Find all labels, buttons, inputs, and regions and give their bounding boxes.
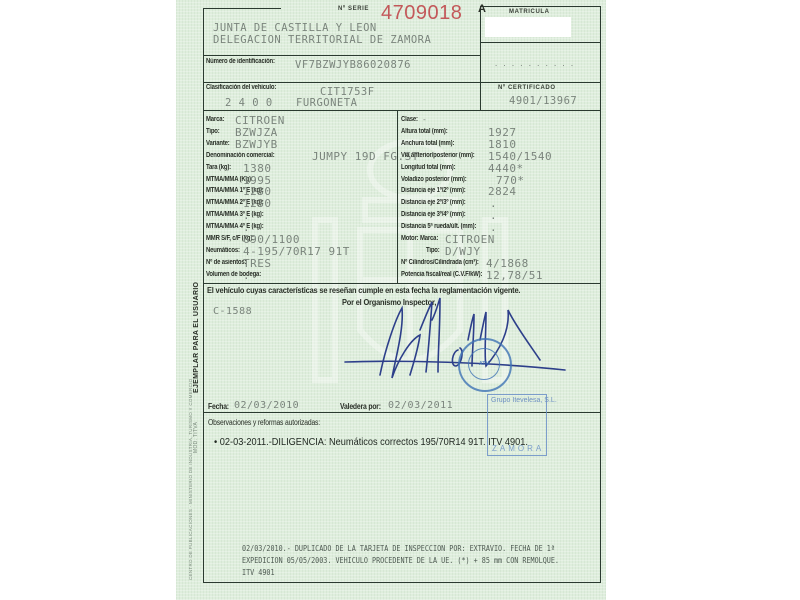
copy-label: EJEMPLAR PARA EL USUARIO [193, 282, 200, 393]
field-label: Motor: Marca: [401, 235, 438, 242]
issuer-line2: DELEGACION TERRITORIAL DE ZAMORA [213, 34, 431, 46]
valedera-label: Valedera por: [340, 402, 381, 411]
matricula-field [485, 17, 571, 37]
clasificacion-num: 2 4 0 0 [225, 97, 273, 109]
border-bottom [203, 582, 601, 583]
matricula-label: MATRICULA [509, 9, 550, 15]
matricula-divider [480, 42, 601, 43]
printer-label: CENTRO DE PUBLICACIONES · MINISTERIO DE … [188, 379, 193, 580]
field-label: Tipo: [426, 247, 440, 254]
official-round-stamp: ATM [458, 338, 512, 392]
stamp-text: ATM [479, 361, 489, 367]
field-label: Distancia eje 1º/2º (mm): [401, 187, 466, 194]
vin-label: Número de identificación: [206, 58, 275, 65]
observaciones-entry: • 02-03-2011.-DILIGENCIA: Neumáticos cor… [214, 437, 528, 448]
row-divider-2 [203, 82, 601, 83]
field-label: Nº de asientos: [206, 259, 246, 266]
field-value: BZWJYB [235, 138, 278, 151]
fecha-label: Fecha: [208, 402, 229, 411]
field-value: 12,78/51 [486, 269, 543, 282]
certificado-label: Nº CERTIFICADO [498, 85, 556, 91]
serie-number: 4709018 [381, 2, 462, 25]
remarks-line-3: ITV 4901 [242, 568, 275, 577]
field-label: Denominación comercial: [206, 152, 275, 159]
inspector-signature [340, 290, 570, 390]
field-label: Tipo: [206, 128, 220, 135]
serie-label: Nº SERIE [338, 6, 369, 12]
valedera-value: 02/03/2011 [388, 400, 453, 411]
field-label: Marca: [206, 116, 224, 123]
border-top [203, 8, 281, 9]
field-value: D/WJY [445, 245, 481, 258]
issuer-line1: JUNTA DE CASTILLA Y LEON [213, 22, 377, 34]
station-code: C-1588 [213, 306, 252, 317]
row-divider-4 [203, 283, 601, 284]
field-label: Variante: [206, 140, 230, 147]
field-label: Anchura total (mm): [401, 140, 454, 147]
clasificacion-type: FURGONETA [296, 97, 357, 109]
field-label: Altura total (mm): [401, 128, 448, 135]
field-label: Neumáticos: [206, 247, 240, 254]
clasificacion-label: Clasificación del vehículo: [206, 84, 276, 91]
observaciones-label: Observaciones y reformas autorizadas: [208, 418, 320, 427]
field-label: Distancia eje 2º/3º (mm): [401, 199, 466, 206]
border-top-right [481, 6, 601, 7]
remarks-line-2: EXPEDICION 05/05/2003. VEHICULO PROCEDEN… [242, 556, 559, 565]
field-label: Longitud total (mm): [401, 164, 455, 171]
field-label: Nº Cilindros/Cilindrada (cm³): [401, 259, 479, 266]
certificado-value: 4901/13967 [509, 95, 577, 107]
field-value: . [243, 269, 250, 282]
border-left [203, 8, 204, 583]
field-label: MTMA/MMA 4º E (kg): [206, 223, 264, 230]
field-label: Volumen de bodega: [206, 271, 261, 278]
field-label: Distancia eje 3º/4º (mm): [401, 211, 466, 218]
remarks-line-1: 02/03/2010.- DUPLICADO DE LA TARJETA DE … [242, 544, 555, 553]
field-label: MTMA/MMA 3º E (kg): [206, 211, 264, 218]
field-label: Distancia 5ª rueda/últ. (mm): [401, 223, 476, 230]
field-value: - [422, 115, 427, 124]
field-label: Tara (kg): [206, 164, 231, 171]
header-col-divider [480, 6, 481, 111]
row-divider-3 [203, 110, 601, 111]
field-label: Vía anterior/posterior (mm): [401, 152, 475, 159]
field-label: Voladizo posterior (mm): [401, 176, 467, 183]
matricula-dots: . . . . . . . . . . [494, 60, 574, 68]
field-label: Potencia fiscal/real (C.V.F/kW): [401, 271, 482, 278]
field-label: Clase: [401, 116, 418, 123]
fecha-value: 02/03/2010 [234, 400, 299, 411]
row-divider-1 [203, 55, 481, 56]
serie-letter: A [478, 3, 486, 15]
model-label: MOD. TITVA [193, 422, 199, 453]
middle-divider [397, 110, 398, 283]
stamp-company: Grupo Itevelesa, S.L. [491, 397, 557, 404]
border-right [600, 6, 601, 583]
vin-value: VF7BZWJYB86020876 [295, 59, 411, 71]
